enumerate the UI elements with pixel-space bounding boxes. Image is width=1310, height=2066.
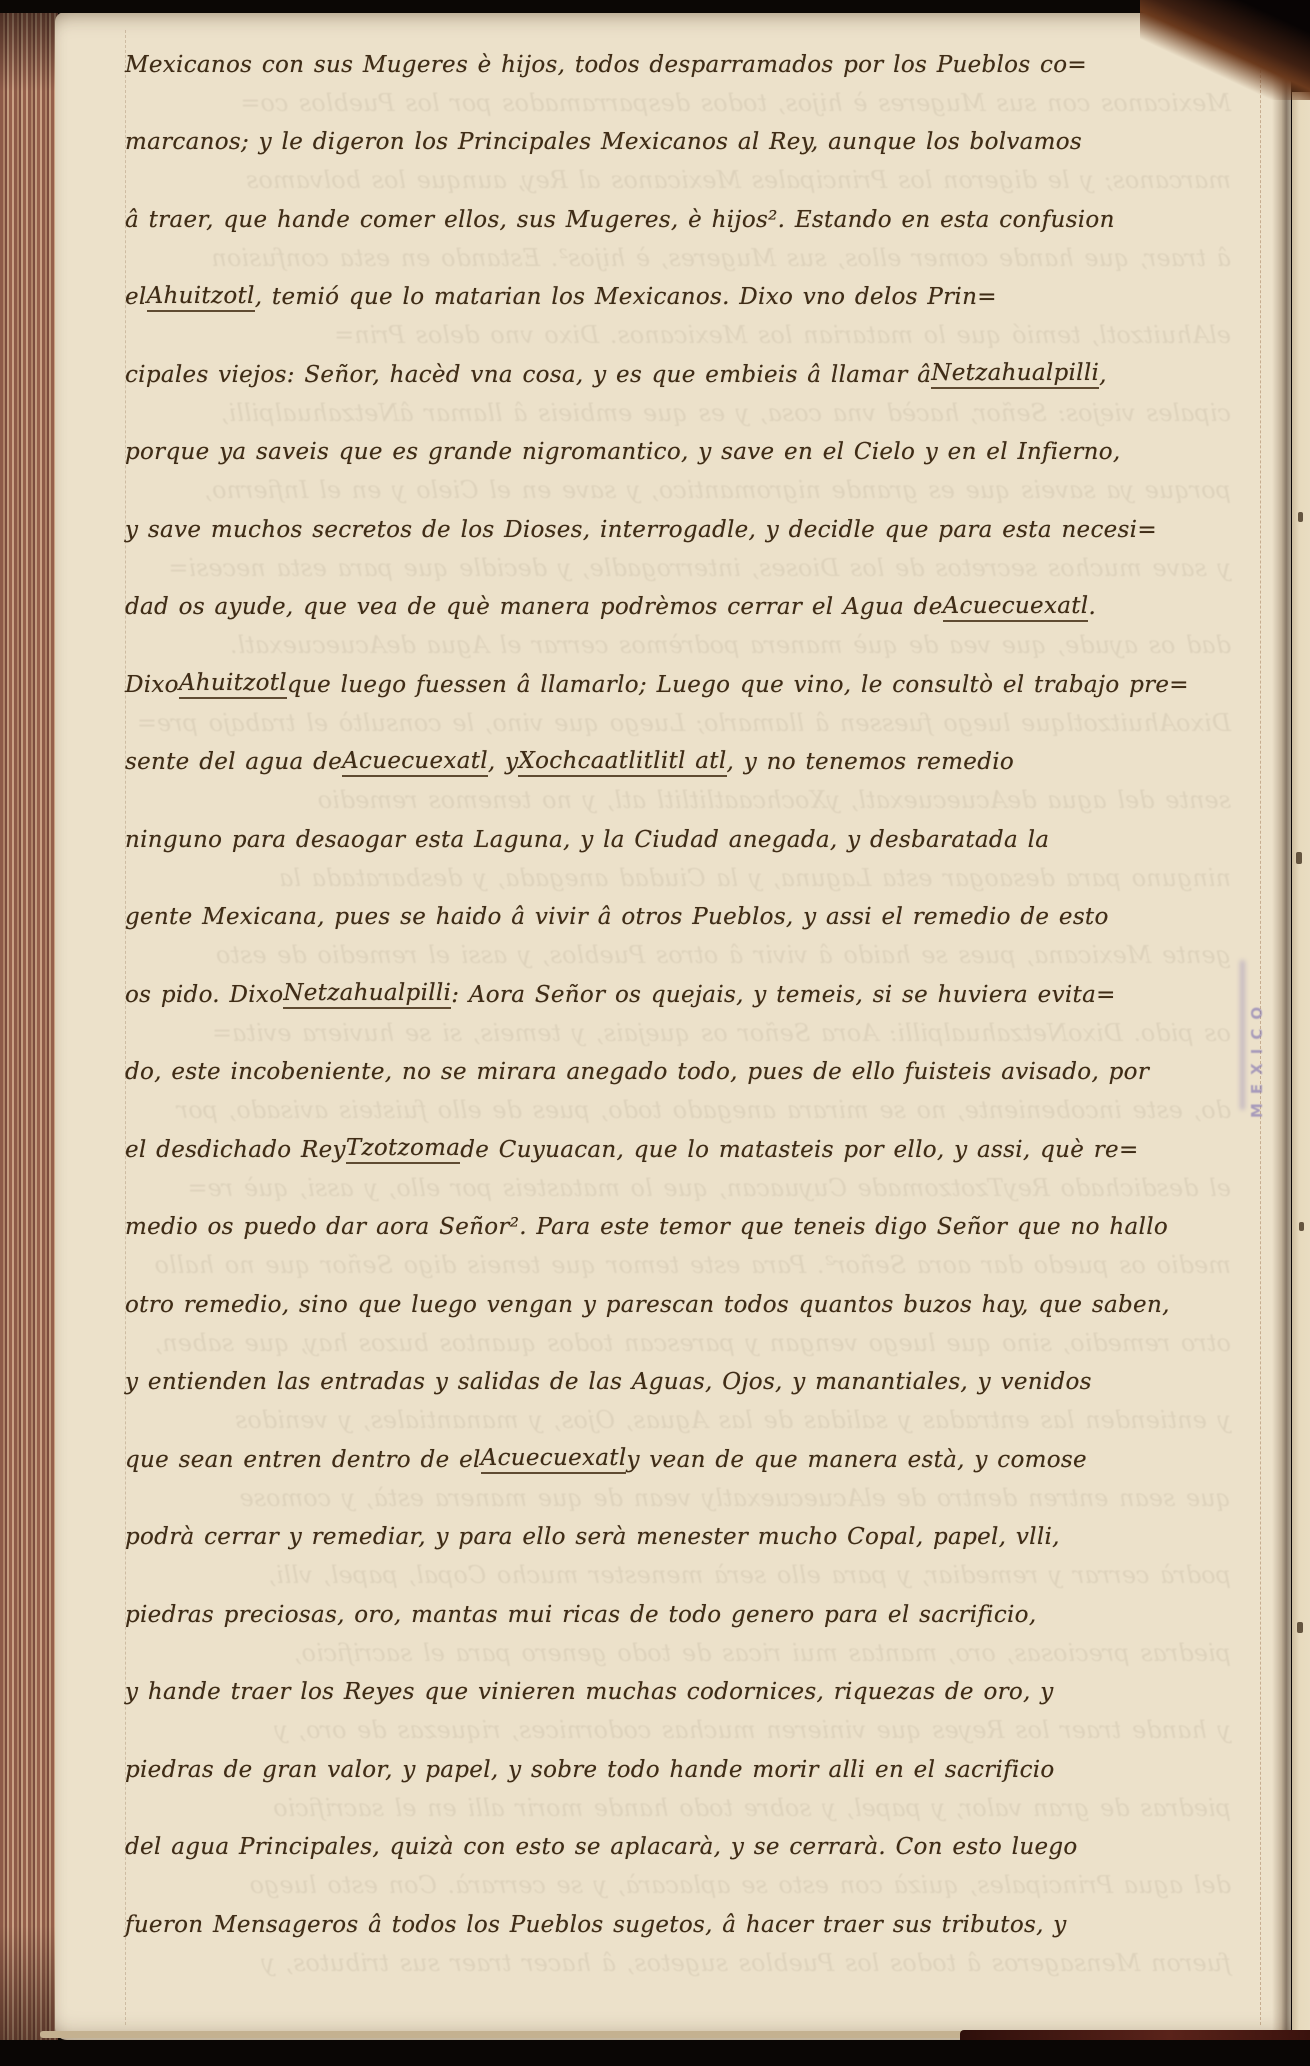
line-text: que sean entren dentro de el [125,1447,481,1473]
facing-page-ink-fleck [1297,1622,1303,1633]
line-text: do, este incobeniente, no se mirara aneg… [125,1059,1149,1085]
line-text: de Cuyuacan, que lo matasteis por ello, … [460,1137,1138,1163]
manuscript-line: do, este incobeniente, no se mirara aneg… [125,1034,1261,1112]
underlined-proper-name: atlitlitl atl [605,748,727,777]
line-text: y vean de que manera està, y comose [626,1447,1086,1473]
manuscript-line: el Ahuitzotl, temió que lo matarian los … [125,259,1261,337]
line-text: el [125,284,147,310]
book-page-edges-left [0,10,58,2048]
line-text: medio os puedo dar aora Señor². Para est… [125,1214,1168,1240]
manuscript-line: Mexicanos con sus Mugeres è hijos, todos… [125,26,1261,104]
line-text: piedras preciosas, oro, mantas mui ricas… [125,1602,1036,1628]
facing-page-ink-fleck [1298,512,1303,522]
line-text: : Aora Señor os quejais, y temeis, si se… [451,982,1115,1008]
manuscript-line: cipales viejos: Señor, hacèd vna cosa, y… [125,336,1261,414]
manuscript-line: dad os ayude, que vea de què manera podr… [125,569,1261,647]
underlined-proper-name: Acuecuexatl [342,748,488,777]
underlined-proper-name: Acuecuexatl [943,593,1089,622]
line-text: piedras de gran valor, y papel, y sobre … [125,1757,1055,1783]
manuscript-line: y hande traer los Reyes que vinieren muc… [125,1654,1261,1732]
underlined-proper-name: Tzotzoma [346,1135,460,1164]
line-text: Dixo [125,672,179,698]
manuscript-line: podrà cerrar y remediar, y para ello ser… [125,1499,1261,1577]
underlined-proper-name: Xochca [518,748,604,777]
line-text: marcanos; y le digeron los Principales M… [125,129,1082,155]
manuscript-scan: Mexicanos con sus Mugeres è hijos, todos… [0,0,1310,2066]
manuscript-line: que sean entren dentro de el Acuecuexatl… [125,1421,1261,1499]
line-text: , y no tenemos remedio [727,749,1015,775]
manuscript-line: marcanos; y le digeron los Principales M… [125,104,1261,182]
line-text: fueron Mensageros â todos los Pueblos su… [125,1912,1067,1938]
manuscript-line: del agua Principales, quizà con esto se … [125,1809,1261,1887]
line-text: â traer, que hande comer ellos, sus Muge… [125,207,1115,233]
manuscript-line: piedras preciosas, oro, mantas mui ricas… [125,1576,1261,1654]
manuscript-line: y entienden las entradas y salidas de la… [125,1344,1261,1422]
line-text: Mexicanos con sus Mugeres è hijos, todos… [125,52,1087,78]
manuscript-text: Mexicanos con sus Mugeres è hijos, todos… [125,26,1261,1964]
manuscript-line: otro remedio, sino que luego vengan y pa… [125,1266,1261,1344]
binding-top [0,0,1310,13]
line-text: y entienden las entradas y salidas de la… [125,1369,1092,1395]
facing-page-ink-fleck [1296,852,1302,864]
manuscript-line: ninguno para desaogar esta Laguna, y la … [125,801,1261,879]
underlined-proper-name: Acuecuexatl [481,1445,627,1474]
line-text: porque ya saveis que es grande nigromant… [125,439,1121,465]
line-text: dad os ayude, que vea de què manera podr… [125,594,943,620]
stamp-blur-mark [1240,960,1245,1110]
line-text: cipales viejos: Señor, hacèd vna cosa, y… [125,362,931,388]
manuscript-line: Dixo Ahuitzotl que luego fuessen â llama… [125,646,1261,724]
line-text: , temió que lo matarian los Mexicanos. D… [255,284,997,310]
underlined-proper-name: Ahuitzotl [179,670,287,699]
manuscript-line: piedras de gran valor, y papel, y sobre … [125,1731,1261,1809]
manuscript-line: sente del agua de Acuecuexatl, y Xochca … [125,724,1261,802]
manuscript-line: fueron Mensageros â todos los Pueblos su… [125,1886,1261,1964]
underlined-proper-name: Netzahualpilli [283,980,451,1009]
line-text: otro remedio, sino que luego vengan y pa… [125,1292,1170,1318]
line-text: , [1099,362,1107,388]
underlined-proper-name: Ahuitzotl [147,283,255,312]
line-text: . [1088,594,1096,620]
line-text: sente del agua de [125,749,342,775]
underlined-proper-name: Netzahualpilli [931,360,1099,389]
line-text: del agua Principales, quizà con esto se … [125,1834,1078,1860]
line-text: gente Mexicana, pues se haido â vivir â … [125,904,1109,930]
line-text: podrà cerrar y remediar, y para ello ser… [125,1524,1060,1550]
line-text: y hande traer los Reyes que vinieren muc… [125,1679,1054,1705]
binding-corner-top-right [1140,0,1310,100]
line-text: os pido. Dixo [125,982,283,1008]
manuscript-line: â traer, que hande comer ellos, sus Muge… [125,181,1261,259]
manuscript-line: gente Mexicana, pues se haido â vivir â … [125,879,1261,957]
facing-page-strip [1292,92,1310,2040]
manuscript-line: os pido. Dixo Netzahualpilli: Aora Señor… [125,956,1261,1034]
line-text: que luego fuessen â llamarlo; Luego que … [287,672,1189,698]
facing-page-ink-fleck [1299,1222,1304,1231]
manuscript-line: porque ya saveis que es grande nigromant… [125,414,1261,492]
binding-bottom [0,2040,1310,2066]
line-text: y save muchos secretos de los Dioses, in… [125,517,1157,543]
manuscript-line: medio os puedo dar aora Señor². Para est… [125,1189,1261,1267]
manuscript-line: y save muchos secretos de los Dioses, in… [125,491,1261,569]
line-text: el desdichado Rey [125,1137,346,1163]
line-text: ninguno para desaogar esta Laguna, y la … [125,827,1049,853]
line-text: , y [488,749,519,775]
library-stamp: MEXICO [1248,948,1266,1118]
manuscript-line: el desdichado Rey Tzotzoma de Cuyuacan, … [125,1111,1261,1189]
